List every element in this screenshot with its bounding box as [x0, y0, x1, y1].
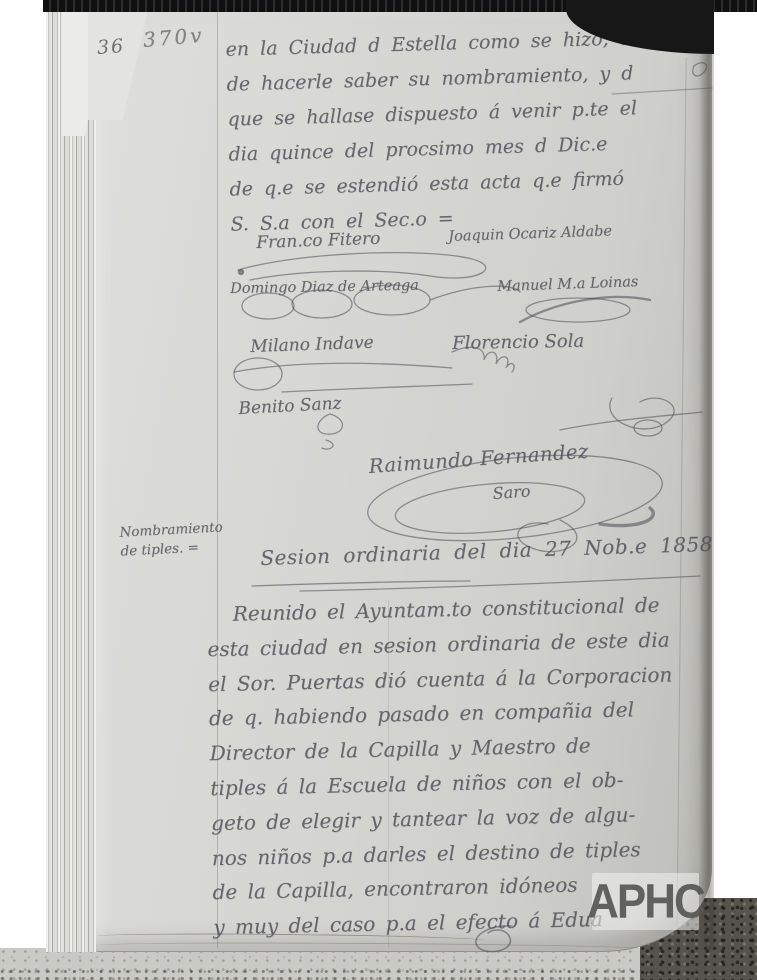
secretary-rubric-word: Saro [492, 481, 531, 503]
session-heading: Sesion ordinaria del dia 27 Nob.e 1858 [260, 532, 713, 570]
manuscript-scan: 36 370v en la Ciudad d Estella como se h… [0, 0, 757, 980]
signature: Domingo Diaz de Arteaga [230, 278, 419, 297]
secretary-signature: Raimundo Fernandez [368, 440, 589, 478]
signature: Manuel M.a Loinas [497, 274, 639, 295]
signature: Florencio Sola [452, 331, 584, 354]
folio-number: 370v [142, 23, 205, 52]
archive-watermark: APHC [592, 873, 699, 930]
signature: Fran.co Fitero [256, 229, 381, 253]
signature: Benito Sanz [238, 394, 342, 419]
signature: Milano Indave [250, 333, 374, 357]
margin-note-line: de tiples. = [120, 537, 224, 561]
archive-watermark-text: APHC [587, 874, 704, 929]
paragraph-1: en la Ciudad d Estella como se hizo, á f… [225, 19, 709, 242]
handwriting-layer: 370v en la Ciudad d Estella como se hizo… [0, 0, 757, 980]
margin-note: Nombramiento de tiples. = [119, 518, 224, 561]
